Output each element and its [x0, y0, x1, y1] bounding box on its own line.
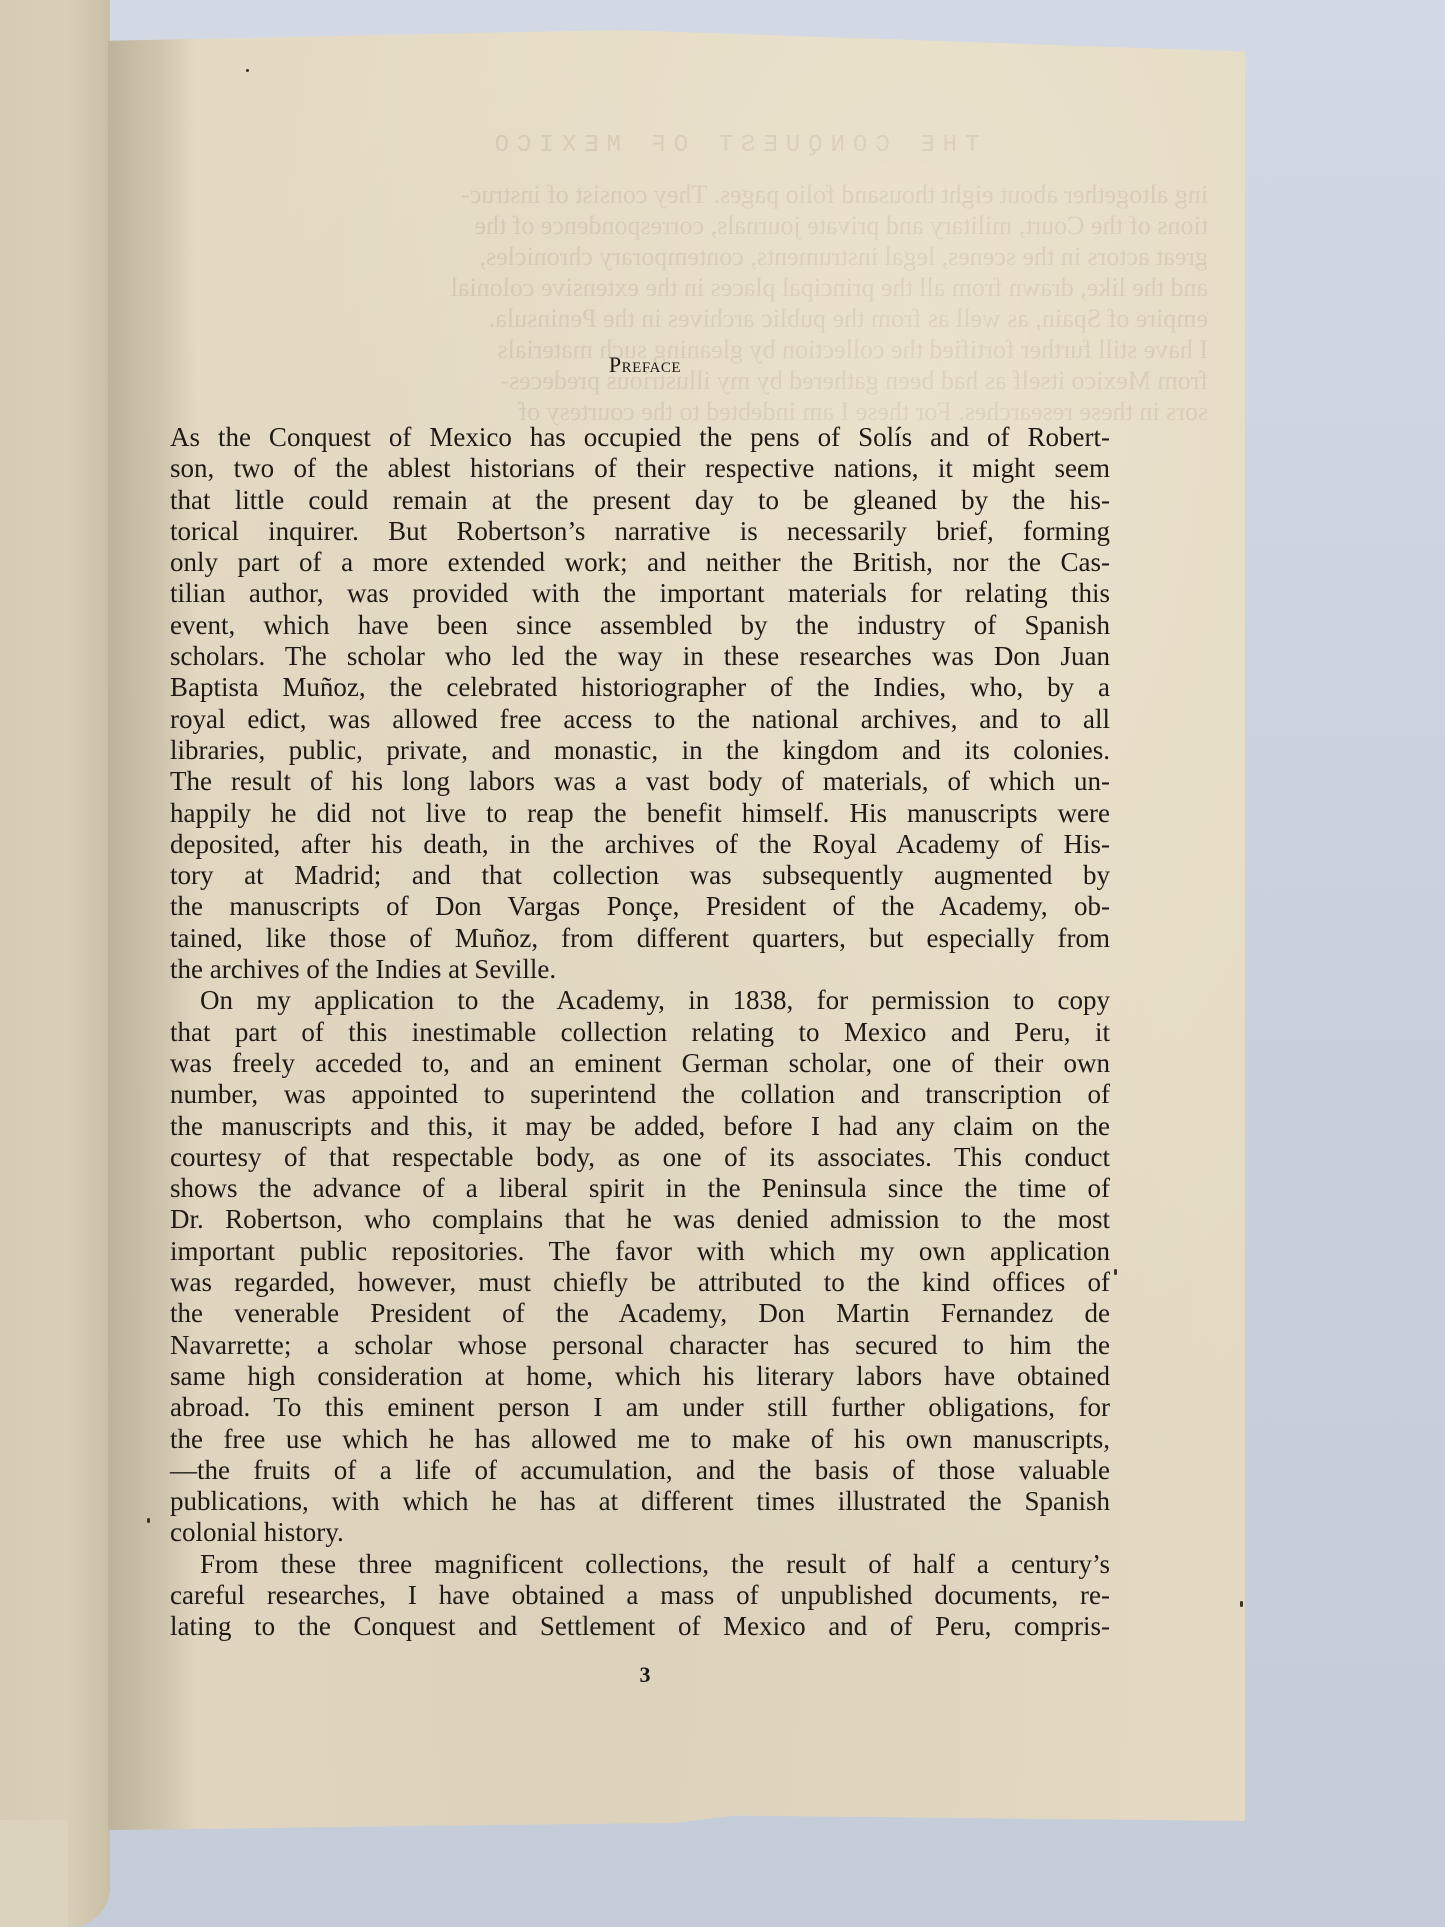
text-line: scholars. The scholar who led the way in… — [170, 641, 1110, 672]
show-through-running-head: THE CONQUEST OF MEXICO — [258, 130, 1208, 161]
page-number: 3 — [170, 1662, 1120, 1688]
left-page-edge — [0, 0, 110, 1927]
text-line: Baptista Muñoz, the celebrated historiog… — [170, 672, 1110, 703]
body-text: As the Conquest of Mexico has occupied t… — [170, 422, 1110, 1643]
text-line: tilian author, was provided with the imp… — [170, 578, 1110, 609]
text-line: tory at Madrid; and that collection was … — [170, 860, 1110, 891]
page-title: Preface — [170, 352, 1120, 378]
paragraph: From these three magnificent collections… — [170, 1549, 1110, 1643]
text-line: deposited, after his death, in the archi… — [170, 829, 1110, 860]
text-line: tained, like those of Muñoz, from differ… — [170, 923, 1110, 954]
text-line: careful researches, I have obtained a ma… — [170, 1580, 1110, 1611]
paragraph: On my application to the Academy, in 183… — [170, 985, 1110, 1548]
text-line: event, which have been since assembled b… — [170, 610, 1110, 641]
text-line: colonial history. — [170, 1517, 1110, 1548]
text-line: only part of a more extended work; and n… — [170, 547, 1110, 578]
show-through-line: and the like, drawn from all the princip… — [258, 272, 1208, 303]
text-line: son, two of the ablest historians of the… — [170, 453, 1110, 484]
text-line: lating to the Conquest and Settlement of… — [170, 1611, 1110, 1642]
paragraph: As the Conquest of Mexico has occupied t… — [170, 422, 1110, 985]
text-line: libraries, public, private, and monastic… — [170, 735, 1110, 766]
text-line: Dr. Robertson, who complains that he was… — [170, 1204, 1110, 1235]
book-page: THE CONQUEST OF MEXICO ing altogether ab… — [108, 30, 1245, 1830]
text-line: torical inquirer. But Robertson’s narrat… — [170, 516, 1110, 547]
show-through-line: great actors in the scenes, legal instru… — [258, 241, 1208, 272]
show-through-line: empire of Spain, as well as from the pub… — [258, 303, 1208, 334]
text-line: that little could remain at the present … — [170, 485, 1110, 516]
left-page-lower-edge — [0, 1820, 68, 1927]
text-line: happily he did not live to reap the bene… — [170, 798, 1110, 829]
text-line: shows the advance of a liberal spirit in… — [170, 1173, 1110, 1204]
paper-speck — [1114, 1269, 1117, 1275]
text-line: same high consideration at home, which h… — [170, 1361, 1110, 1392]
text-line: abroad. To this eminent person I am unde… — [170, 1392, 1110, 1423]
text-line: —the fruits of a life of accumulation, a… — [170, 1455, 1110, 1486]
paper-speck — [246, 69, 249, 72]
text-line: the archives of the Indies at Seville. — [170, 954, 1110, 985]
text-line: the manuscripts of Don Vargas Ponçe, Pre… — [170, 891, 1110, 922]
text-line: was freely acceded to, and an eminent Ge… — [170, 1048, 1110, 1079]
show-through-line: tions of the Court, military and private… — [258, 210, 1208, 241]
text-line: important public repositories. The favor… — [170, 1236, 1110, 1267]
text-line: the free use which he has allowed me to … — [170, 1424, 1110, 1455]
show-through-text: THE CONQUEST OF MEXICO ing altogether ab… — [258, 130, 1208, 427]
text-line: the manuscripts and this, it may be adde… — [170, 1111, 1110, 1142]
show-through-line: ing altogether about eight thousand foli… — [258, 179, 1208, 210]
show-through-lines: ing altogether about eight thousand foli… — [258, 179, 1208, 427]
text-line: On my application to the Academy, in 183… — [170, 985, 1110, 1016]
paper-speck — [147, 1518, 150, 1523]
text-line: courtesy of that respectable body, as on… — [170, 1142, 1110, 1173]
text-line: Navarrette; a scholar whose personal cha… — [170, 1330, 1110, 1361]
text-line: royal edict, was allowed free access to … — [170, 704, 1110, 735]
text-line: As the Conquest of Mexico has occupied t… — [170, 422, 1110, 453]
text-line: that part of this inestimable collection… — [170, 1017, 1110, 1048]
text-line: From these three magnificent collections… — [170, 1549, 1110, 1580]
paper-speck — [1240, 1601, 1243, 1607]
text-line: publications, with which he has at diffe… — [170, 1486, 1110, 1517]
text-line: number, was appointed to superintend the… — [170, 1079, 1110, 1110]
text-line: was regarded, however, must chiefly be a… — [170, 1267, 1110, 1298]
text-line: the venerable President of the Academy, … — [170, 1298, 1110, 1329]
text-line: The result of his long labors was a vast… — [170, 766, 1110, 797]
